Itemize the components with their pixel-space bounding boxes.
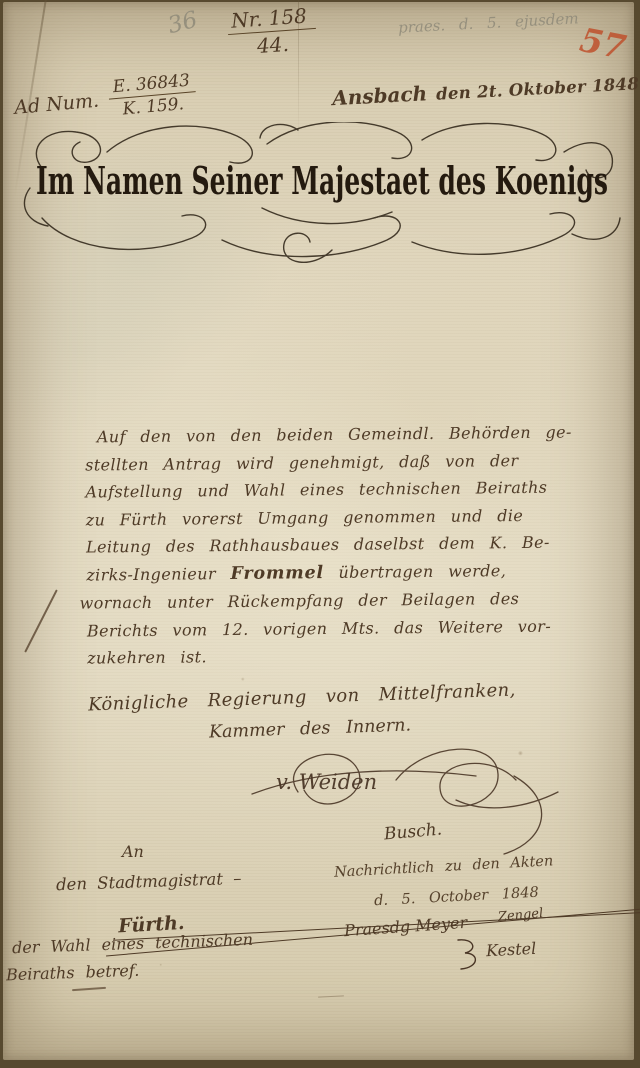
registry-signature: Kestel bbox=[486, 939, 537, 961]
body-line-part: zirks-Ingenieur bbox=[86, 564, 230, 585]
document-scan: 36 Nr. 158 44. praes. d. 5. ejusdem 57 A… bbox=[0, 0, 640, 1068]
address-salutation: An bbox=[122, 842, 144, 861]
engineer-name: Frommel bbox=[230, 563, 324, 584]
docket-number: Nr. 158 44. bbox=[226, 3, 317, 60]
reference-label: Ad Num. bbox=[13, 89, 99, 118]
docket-label: Nr. bbox=[230, 7, 263, 33]
royal-header-text: Im Namen Seiner Majestaet des Koenigs bbox=[36, 158, 608, 203]
body-line-part: übertragen werde, bbox=[324, 561, 506, 582]
body-line: Aufstellung und Wahl eines technischen B… bbox=[85, 473, 572, 506]
body-line: Leitung des Rathhausbaues daselbst dem K… bbox=[86, 528, 573, 561]
reference-fraction: E. 36843 K. 159. bbox=[107, 70, 198, 120]
dateline-place: Ansbach bbox=[332, 81, 428, 110]
body-line: Auf den von den beiden Gemeindl. Behörde… bbox=[97, 418, 572, 450]
body-paragraph: Auf den von den beiden Gemeindl. Behörde… bbox=[85, 418, 575, 672]
body-line: Berichts vom 12. vorigen Mts. das Weiter… bbox=[87, 612, 574, 645]
docket-value-top: 158 bbox=[268, 4, 308, 31]
signature-paraph bbox=[452, 936, 482, 972]
folio-number: 57 bbox=[577, 20, 630, 67]
royal-header: Im Namen Seiner Majestaet des Koenigs bbox=[12, 122, 628, 274]
body-line: zukehren ist. bbox=[87, 639, 574, 672]
